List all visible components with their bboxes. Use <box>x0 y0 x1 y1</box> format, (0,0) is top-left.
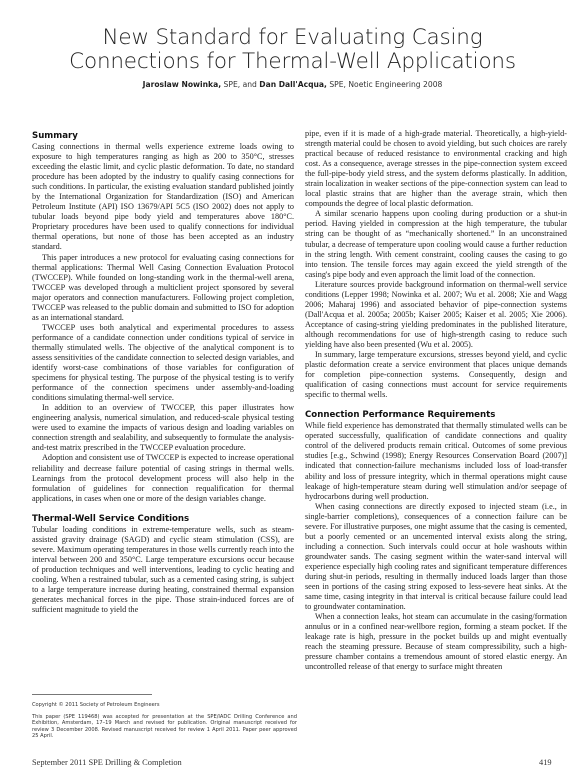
paragraph: This paper introduces a new protocol for… <box>32 253 294 323</box>
paragraph: TWCCEP uses both analytical and experime… <box>32 323 294 403</box>
paragraph: In summary, large temperature excursions… <box>305 350 567 400</box>
paragraph: While field experience has demonstrated … <box>305 421 567 501</box>
paragraph: Adoption and consistent use of TWCCEP is… <box>32 453 294 503</box>
title-line-2: Connections for Thermal-Well Application… <box>0 50 585 74</box>
footnote-divider <box>32 694 152 695</box>
right-column: pipe, even if it is made of a high-grade… <box>305 129 567 672</box>
page-number: 419 <box>539 758 552 767</box>
section-heading-performance-requirements: Connection Performance Requirements <box>305 410 567 421</box>
publication-note: This paper (SPE 119468) was accepted for… <box>32 714 297 740</box>
paragraph: When casing connections are directly exp… <box>305 502 567 613</box>
author-line: Jaroslaw Nowinka, SPE, and Dan Dall'Acqu… <box>0 80 585 89</box>
section-heading-summary: Summary <box>32 131 294 142</box>
paragraph: Casing connections in thermal wells expe… <box>32 142 294 253</box>
author-1-affiliation: SPE, and <box>221 80 259 89</box>
journal-footer: September 2011 SPE Drilling & Completion <box>32 758 182 767</box>
section-heading-service-conditions: Thermal-Well Service Conditions <box>32 514 294 525</box>
author-2-affiliation: SPE, Noetic Engineering 2008 <box>327 80 442 89</box>
paragraph: Tubular loading conditions in extreme-te… <box>32 525 294 615</box>
title-line-1: New Standard for Evaluating Casing <box>0 26 585 50</box>
paragraph: pipe, even if it is made of a high-grade… <box>305 129 567 209</box>
paragraph: When a connection leaks, hot steam can a… <box>305 612 567 672</box>
paper-title: New Standard for Evaluating Casing Conne… <box>0 26 585 74</box>
author-2: Dan Dall'Acqua, <box>259 80 327 89</box>
paragraph: In addition to an overview of TWCCEP, th… <box>32 403 294 453</box>
paragraph: Literature sources provide background in… <box>305 280 567 350</box>
left-column: Summary Casing connections in thermal we… <box>32 131 294 615</box>
copyright-notice: Copyright © 2011 Society of Petroleum En… <box>32 702 297 708</box>
author-1: Jaroslaw Nowinka, <box>143 80 221 89</box>
paragraph: A similar scenario happens upon cooling … <box>305 209 567 279</box>
